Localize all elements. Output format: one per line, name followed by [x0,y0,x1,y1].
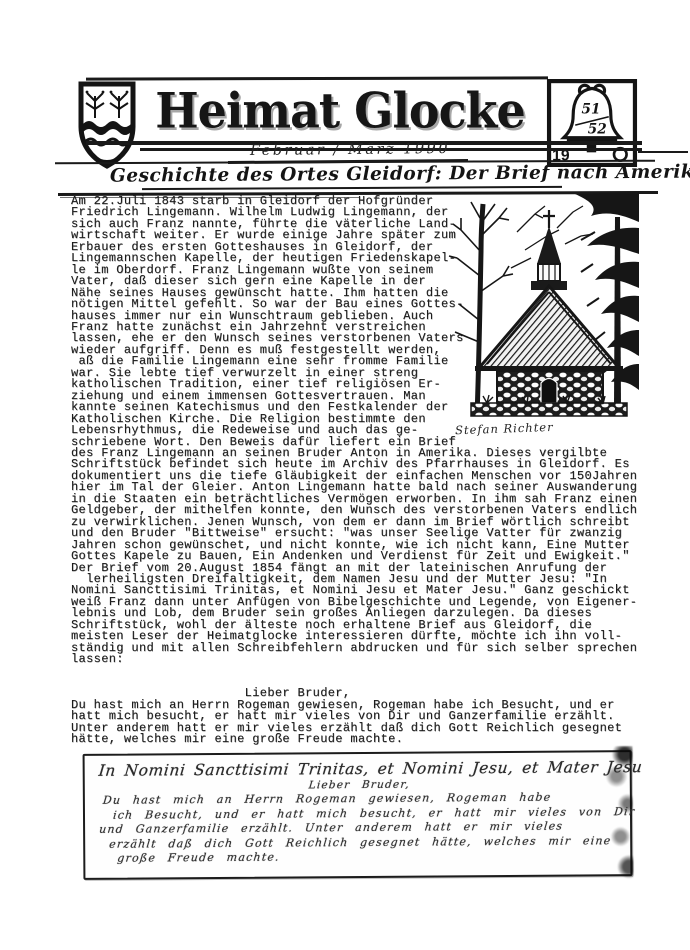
issue-badge: 51 52 19 [546,79,638,167]
coat-of-arms-icon [76,80,138,170]
chapel-drawing-icon [447,192,639,418]
chapel-illustration: Stefan Richter [447,192,643,434]
article-title: Geschichte des Ortes Gleidorf: Der Brief… [110,162,580,186]
cross-icon [543,210,555,228]
title-underline [142,186,562,190]
article-body: Stefan Richter Am 22.Juli 1843 starb in … [71,196,637,796]
masthead-title: Heimat Glocke [138,80,542,145]
letter-typed-transcript: Lieber Bruder, Du hast mich an Herrn Rog… [71,666,637,746]
facsimile-line: große Freude machte. [117,848,621,866]
scanned-newsletter-page: Heimat Glocke 51 52 19 Februar / März 19… [0,0,690,950]
masthead-bottom-rule-3 [638,151,688,153]
letter-facsimile: In Nomini Sancttisimi Trinitas, et Nomin… [83,750,633,880]
bell-icon: 51 52 19 [546,79,638,167]
issue-number-top: 51 [582,102,601,118]
issue-number-bottom: 52 [588,121,607,137]
body-text-full-width: des Franz Lingemann an seinen Bruder Ant… [71,448,637,666]
issue-date: Februar / März 1990 [205,140,495,159]
